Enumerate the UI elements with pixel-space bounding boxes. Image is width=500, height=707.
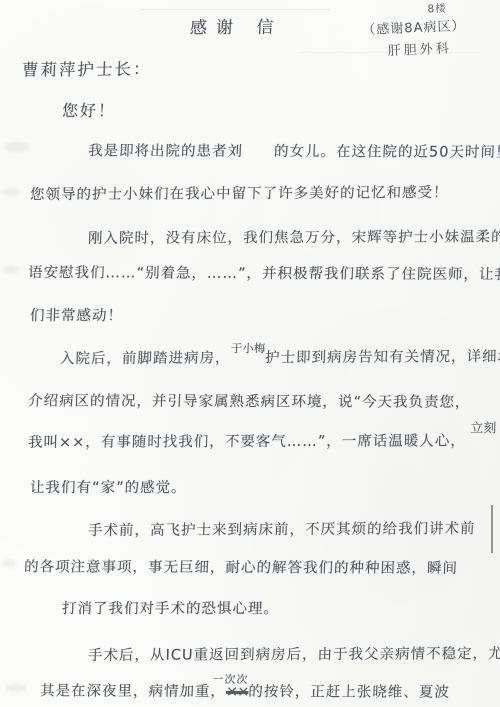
line-text: 我叫××，有事随时找我们，不要客气……”，一席话温暖人心， xyxy=(28,433,466,451)
line-text: 护士即到病房告知有关情况，详细地 xyxy=(265,349,500,366)
letter-line: 们非常感动！ xyxy=(30,304,124,325)
scan-smudge xyxy=(4,142,30,152)
scan-smudge xyxy=(3,266,19,273)
scan-smudge xyxy=(2,560,16,567)
letter-line: 您领导的护士小妹们在我心中留下了许多美好的记忆和感受！ xyxy=(30,181,449,204)
correction: 一次次×× xyxy=(226,684,249,700)
corner-note: 8楼 （感谢8A病区） 肝胆外科 xyxy=(337,0,491,61)
letter-line: 我是即将出院的患者刘 的女儿。在这住院的近50天时间里， xyxy=(88,139,500,162)
line-text: 其是在深夜里，病情加重， xyxy=(40,683,227,700)
letter-line: 介绍病区的情况，并引导家属熟悉病区环境，说“今天我负责您， xyxy=(28,389,471,412)
line-text: 的按铃，正赶上张晓维、夏波 xyxy=(248,684,450,701)
letter-line: 让我们有“家”的感觉。 xyxy=(30,476,187,497)
corner-note-department: 肝胆外科 xyxy=(348,36,491,61)
letter-line: 入院后，前脚踏进病房，于小梅护士即到病房告知有关情况，详细地 xyxy=(60,345,500,368)
greeting: 您好！ xyxy=(62,98,117,121)
scan-smudge xyxy=(2,188,20,196)
letter-line: 的各项注意事项，事无巨细，耐心的解答我们的种种困惑，瞬间 xyxy=(24,555,459,578)
scan-smudge xyxy=(6,684,26,692)
letter-line: 其是在深夜里，病情加重，一次次××的按铃，正赶上张晓维、夏波 xyxy=(40,679,451,701)
letter-title: 感谢 信 xyxy=(189,13,283,39)
letter-line: 打消了我们对手术的恐惧心理。 xyxy=(62,597,280,618)
corner-note-ward: （感谢8A病区） xyxy=(338,14,491,40)
line-text: 入院后，前脚踏进病房， xyxy=(60,350,231,367)
inserted-word: 一次次 xyxy=(212,671,249,687)
letter-line: 手术后，从ICU重返回到病房后，由于我父亲病情不稳定，尤 xyxy=(88,642,500,665)
letter-line: 手术前，高飞护士来到病床前，不厌其烦的给我们讲术前 xyxy=(88,517,476,540)
letter-line: 刚入院时，没有床位，我们焦急万分，宋辉等护士小妹温柔的话 xyxy=(88,225,500,248)
paper-edge-mark xyxy=(491,505,493,553)
inserted-word: 立刻 xyxy=(470,417,497,436)
scan-streak xyxy=(140,9,330,10)
letter-line: 语安慰我们……“别着急，……”，并积极帮我们联系了住院医师，让我 xyxy=(28,261,500,284)
scanned-letter-page: 感谢 信 8楼 （感谢8A病区） 肝胆外科 曹莉萍护士长： 您好！ 我是即将出院… xyxy=(0,0,500,707)
inserted-nurse-name: 于小梅 xyxy=(231,340,266,356)
letter-line: 我叫××，有事随时找我们，不要客气……”，一席话温暖人心，立刻 xyxy=(28,429,497,452)
salutation: 曹莉萍护士长： xyxy=(22,56,152,81)
